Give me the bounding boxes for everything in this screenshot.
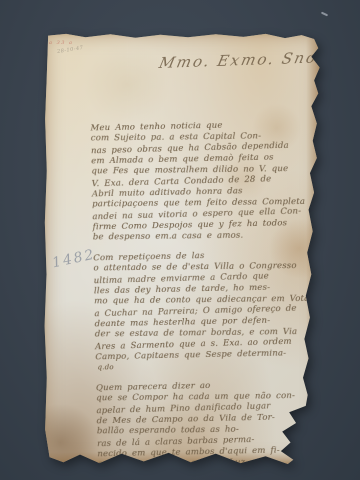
manuscript-line: q.do [97, 360, 321, 374]
photo-background: a 33 a 28-10-47 Mmo. Exmo. Snor. 1482 Me… [0, 0, 360, 480]
manuscript-paper-wrap: a 33 a 28-10-47 Mmo. Exmo. Snor. 1482 Me… [44, 33, 321, 464]
manuscript-paper: a 33 a 28-10-47 Mmo. Exmo. Snor. 1482 Me… [44, 33, 321, 464]
manuscript-paragraph-1: Meu Amo tenho noticia quecom Sujeito pa.… [90, 119, 320, 245]
archival-mark-red: a 33 a [49, 40, 74, 46]
manuscript-paragraph-3: Quem parecera dizer aoque se Compor ha c… [96, 379, 321, 464]
manuscript-body: Meu Amo tenho noticia quecom Sujeito pa.… [90, 119, 321, 464]
manuscript-paragraph-2: Com repetiçoens de laso attentado se de … [93, 249, 321, 375]
manuscript-line: be despenso em.a casa e amos. [93, 230, 321, 244]
dust-speck [321, 12, 328, 17]
manuscript-line: cas terras vans de achara. Luz que [97, 457, 321, 464]
